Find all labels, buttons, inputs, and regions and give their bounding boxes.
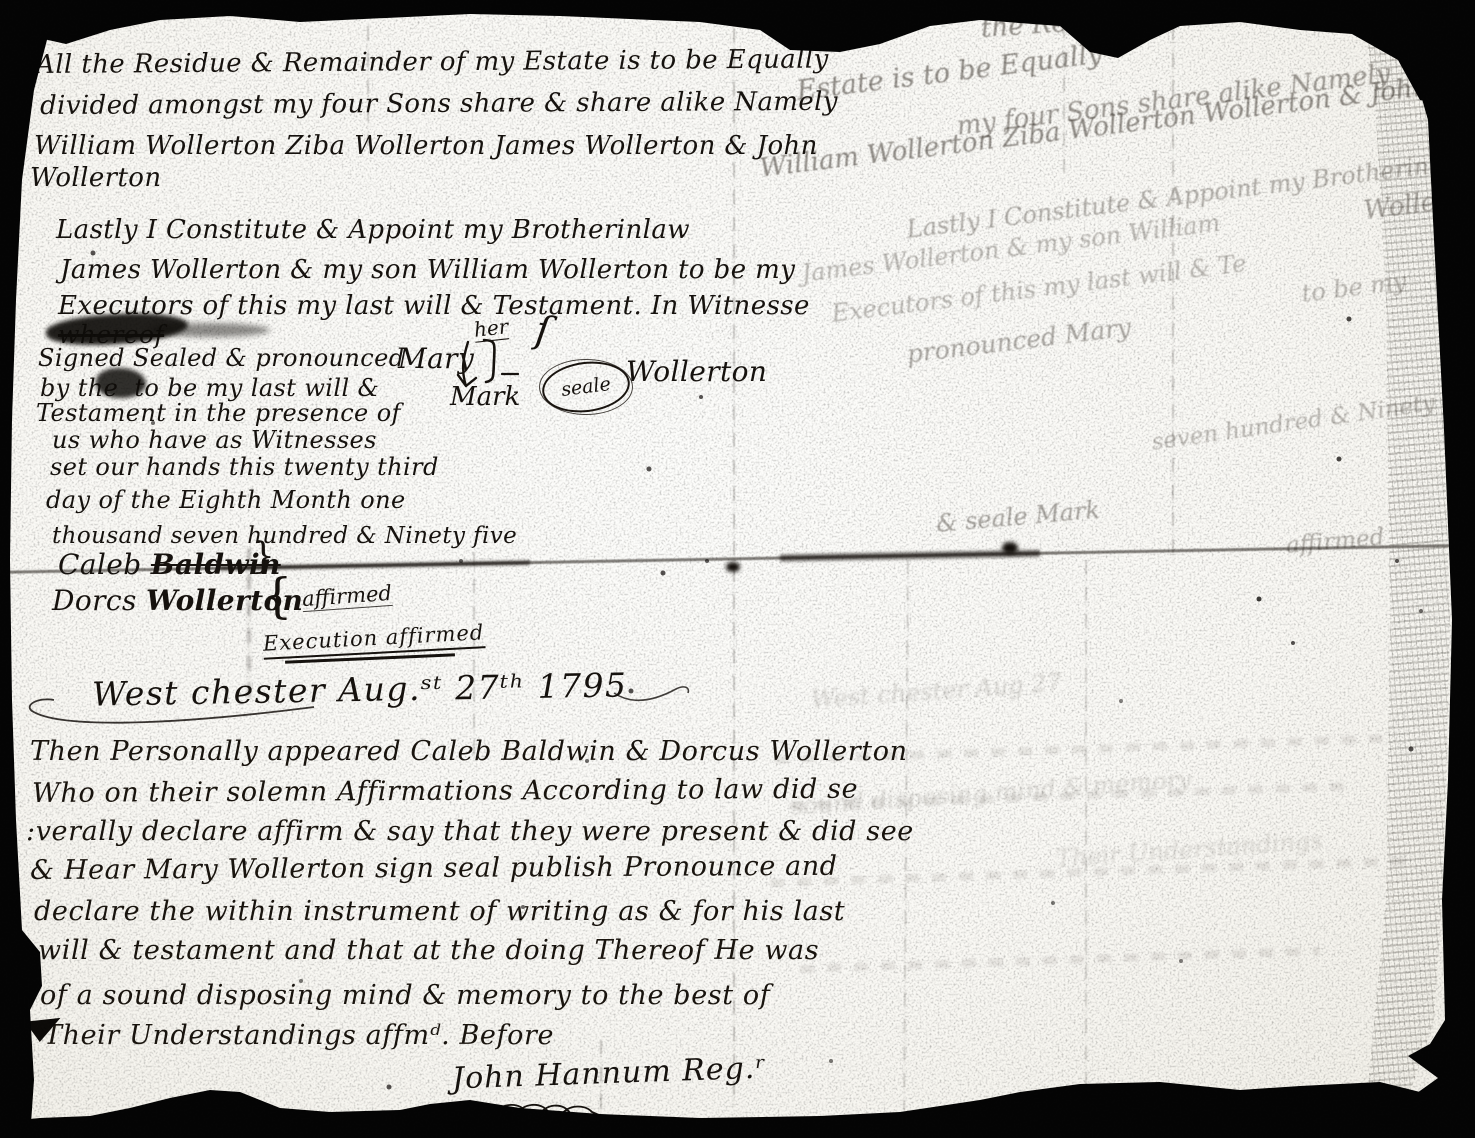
attestation-line: us who have as Witnesses xyxy=(52,426,377,454)
probate-line: Who on their solemn Affirmations Accordi… xyxy=(32,774,858,809)
probate-line: & Hear Mary Wollerton sign seal publish … xyxy=(30,851,838,886)
testatrix-surname: Wollerton xyxy=(626,355,767,388)
probate-line: will & testament and that at the doing T… xyxy=(38,935,819,966)
attestation-line: set our hands this twenty third xyxy=(50,453,439,481)
attestation-line: thousand seven hundred & Ninety five xyxy=(52,523,517,549)
vertical-fold-crease xyxy=(1063,24,1065,174)
scanned-will-page: the Residue & Remainder of Estate is to … xyxy=(0,0,1475,1138)
attestation-line: by the to be my last will & xyxy=(40,374,379,402)
witness-signature: Caleb Baldwin xyxy=(58,548,281,581)
mark-label: Mark xyxy=(450,382,520,412)
attestation-line: day of the Eighth Month one xyxy=(46,486,406,514)
vertical-fold-crease xyxy=(367,26,369,146)
executor-clause-line: Lastly I Constitute & Appoint my Brother… xyxy=(56,215,690,245)
vertical-fold-crease xyxy=(1085,560,1087,1110)
ink-specks xyxy=(0,0,2,2)
seal-label: seale xyxy=(560,373,612,401)
probate-line: Then Personally appeared Caleb Baldwin &… xyxy=(30,736,908,767)
attestation-line: Testament in the presence of xyxy=(36,399,401,427)
probate-line: declare the within instrument of writing… xyxy=(34,896,845,927)
witness-first-name: Caleb xyxy=(58,548,151,581)
calligraphic-flourish xyxy=(14,655,794,735)
executor-clause-line: James Wollerton & my son William Wollert… xyxy=(60,255,795,285)
vertical-fold-crease xyxy=(1172,26,1174,561)
residue-clause-line: William Wollerton Ziba Wollerton James W… xyxy=(34,131,818,161)
ink-blot xyxy=(150,323,270,337)
crease-ink-knot xyxy=(726,562,740,572)
probate-line: of a sound disposing mind & memory to th… xyxy=(40,980,770,1011)
crease-ink-knot xyxy=(1002,542,1018,554)
probate-line: Their Understandings affmᵈ. Before xyxy=(44,1020,554,1051)
witness-first-name: Dorcs xyxy=(52,584,146,617)
witness-brace: { xyxy=(262,568,293,624)
probate-line: :verally declare affirm & say that they … xyxy=(26,816,914,847)
attestation-line: Signed Sealed & pronounced xyxy=(38,344,404,372)
residue-clause-line: Wollerton xyxy=(30,163,162,193)
ink-blot xyxy=(96,368,146,398)
residue-clause-line: All the Residue & Remainder of my Estate… xyxy=(36,44,829,80)
residue-clause-line: divided amongst my four Sons share & sha… xyxy=(40,87,838,121)
